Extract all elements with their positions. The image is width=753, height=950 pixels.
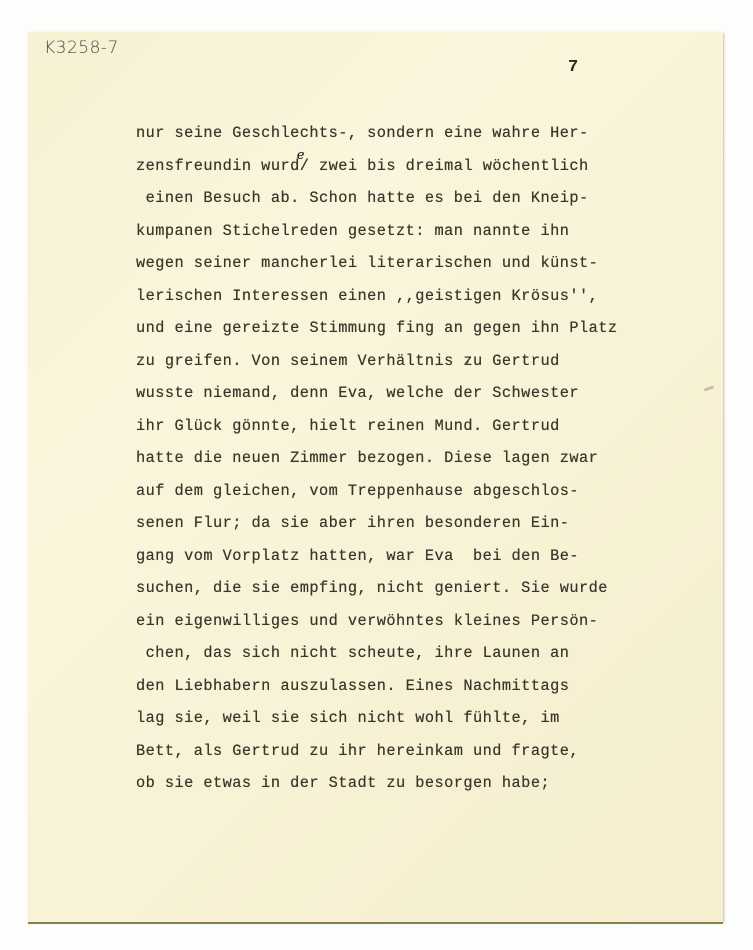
text-fragment: zensfreundin wurd bbox=[136, 157, 300, 175]
text-line: ob sie etwas in der Stadt zu besorgen ha… bbox=[136, 767, 706, 800]
text-line: lerischen Interessen einen ,,geistigen K… bbox=[136, 280, 706, 313]
text-line-with-correction: zensfreundin wurde/ zwei bis dreimal wöc… bbox=[136, 150, 706, 183]
text-line: ihr Glück gönnte, hielt reinen Mund. Ger… bbox=[136, 410, 706, 443]
text-line: hatte die neuen Zimmer bezogen. Diese la… bbox=[136, 442, 706, 475]
text-line: auf dem gleichen, vom Treppenhause abges… bbox=[136, 475, 706, 508]
handwritten-comma-mark: , bbox=[466, 351, 470, 365]
typewritten-body: nur seine Geschlechts-, sondern eine wah… bbox=[136, 117, 706, 800]
shelfmark-annotation: K3258-7 bbox=[44, 38, 119, 58]
text-line: gang vom Vorplatz hatten, war Eva bei de… bbox=[136, 540, 706, 573]
page-number: 7 bbox=[568, 58, 578, 77]
text-line: lag sie, weil sie sich nicht wohl fühlte… bbox=[136, 702, 706, 735]
handwritten-correction: e/ bbox=[300, 150, 310, 183]
text-line: suchen, die sie empfing, nicht geniert. … bbox=[136, 572, 706, 605]
text-line: Bett, als Gertrud zu ihr hereinkam und f… bbox=[136, 735, 706, 768]
text-line: zu greifen. Von seinem Verhältnis zu Ger… bbox=[136, 345, 706, 378]
text-line: chen, das sich nicht scheute, ihre Laune… bbox=[136, 637, 706, 670]
text-line: senen Flur; da sie aber ihren besonderen… bbox=[136, 507, 706, 540]
text-line: ein eigenwilliges und verwöhntes kleines… bbox=[136, 605, 706, 638]
text-line: einen Besuch ab. Schon hatte es bei den … bbox=[136, 182, 706, 215]
correction-mark: e bbox=[297, 140, 305, 173]
text-line: kumpanen Stichelreden gesetzt: man nannt… bbox=[136, 215, 706, 248]
text-line: wusste niemand, denn Eva, welche der Sch… bbox=[136, 377, 706, 410]
text-line: und eine gereizte Stimmung fing an gegen… bbox=[136, 312, 706, 345]
text-line: nur seine Geschlechts-, sondern eine wah… bbox=[136, 117, 706, 150]
text-fragment: zwei bis dreimal wöchentlich bbox=[309, 157, 588, 175]
text-line: den Liebhabern auszulassen. Eines Nachmi… bbox=[136, 670, 706, 703]
text-line: wegen seiner mancherlei literarischen un… bbox=[136, 247, 706, 280]
